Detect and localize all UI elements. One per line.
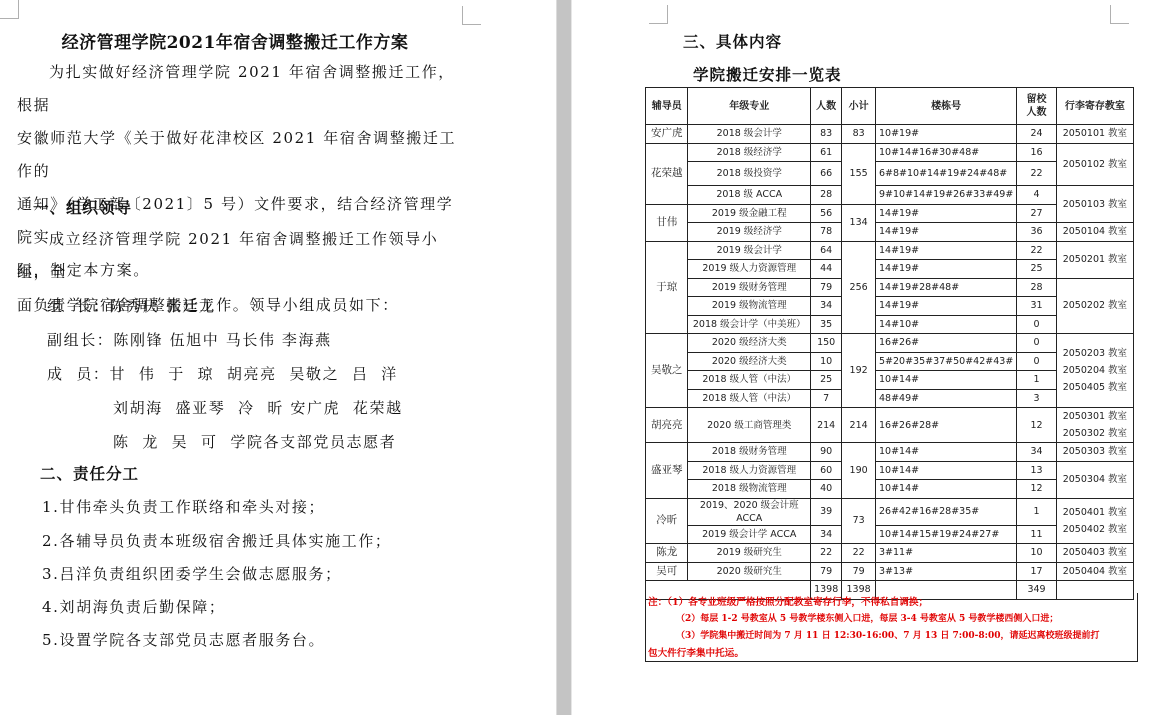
table-row: 2019 级财务管理 79 14#19#28#48# 28 2050202 教室 <box>646 278 1134 297</box>
page-corner-marker <box>462 6 481 25</box>
storage-cell: 2050102 教室 <box>1056 143 1133 186</box>
header-storage: 行李寄存教室 <box>1056 88 1133 125</box>
major-cell: 2019 级物流管理 <box>688 297 811 316</box>
counselor-cell: 甘伟 <box>646 204 688 241</box>
count-cell: 44 <box>811 260 842 279</box>
count-cell: 35 <box>811 315 842 334</box>
stay-cell: 0 <box>1017 334 1057 353</box>
buildings-cell: 14#19# <box>875 241 1016 260</box>
count-cell: 56 <box>811 204 842 223</box>
stay-cell: 1 <box>1017 371 1057 390</box>
page-corner-marker <box>0 0 19 19</box>
major-cell: 2018 级会计学 <box>688 125 811 144</box>
table-header-row: 辅导员 年级专业 人数 小计 楼栋号 留校人数 行李寄存教室 <box>646 88 1134 125</box>
table-row: 2019 级经济学 78 14#19# 36 2050104 教室 <box>646 223 1134 242</box>
buildings-cell: 14#19#28#48# <box>875 278 1016 297</box>
buildings-cell: 48#49# <box>875 389 1016 408</box>
counselor-cell: 吴敬之 <box>646 334 688 408</box>
storage-cell: 2050104 教室 <box>1056 223 1133 242</box>
table-row: 2018 级 ACCA 28 9#10#14#19#26#33#49# 4 20… <box>646 186 1134 205</box>
major-cell: 2019 级人力资源管理 <box>688 260 811 279</box>
leader-label: 组 长： <box>47 297 110 315</box>
buildings-cell: 6#8#10#14#19#24#48# <box>875 162 1016 186</box>
major-cell: 2020 级研究生 <box>688 562 811 581</box>
stay-cell: 31 <box>1017 297 1057 316</box>
buildings-cell: 14#19# <box>875 204 1016 223</box>
major-cell: 2018 级经济学 <box>688 143 811 162</box>
table-row: 吴敬之 2020 级经济大类 150 192 16#26# 0 2050203 … <box>646 334 1134 353</box>
count-cell: 25 <box>811 371 842 390</box>
buildings-cell: 10#14# <box>875 443 1016 462</box>
table-row: 花荣越 2018 级经济学 61 155 10#14#16#30#48# 16 … <box>646 143 1134 162</box>
storage-cell: 2050201 教室 <box>1056 241 1133 278</box>
note-3: （3）学院集中搬迁时间为 7 月 11 日 12:30-16:00、7 月 13… <box>648 628 1135 645</box>
subtotal-cell: 256 <box>842 241 876 334</box>
buildings-cell: 3#13# <box>875 562 1016 581</box>
table-notes: 注：（1）各专业班级严格按照分配教室寄存行李，不得私自调换； （2）每层 1-2… <box>645 593 1138 662</box>
table-row: 冷昕 2019、2020 级会计班 ACCA 39 73 26#42#16#28… <box>646 498 1134 525</box>
header-buildings: 楼栋号 <box>875 88 1016 125</box>
stay-cell: 12 <box>1017 480 1057 499</box>
member-names: 甘 伟 于 琼 胡亮亮 吴敬之 吕 洋 <box>110 365 398 383</box>
count-cell: 66 <box>811 162 842 186</box>
counselor-cell: 于琼 <box>646 241 688 334</box>
counselor-cell: 胡亮亮 <box>646 408 688 443</box>
counselor-cell: 吴可 <box>646 562 688 581</box>
page-corner-marker <box>649 5 668 24</box>
count-cell: 61 <box>811 143 842 162</box>
storage-cell: 2050101 教室 <box>1056 125 1133 144</box>
note-4: 包大件行李集中托运。 <box>648 645 1135 662</box>
note-2: （2）每层 1-2 号教室从 5 号教学楼东侧入口进，每层 3-4 号教室从 5… <box>648 611 1135 628</box>
stay-cell: 22 <box>1017 162 1057 186</box>
intro-line: 安徽师范大学《关于做好花津校区 2021 年宿舍调整搬迁工作的 <box>17 122 462 188</box>
count-cell: 60 <box>811 461 842 480</box>
table-row: 于琼 2019 级会计学 64 256 14#19# 22 2050201 教室 <box>646 241 1134 260</box>
header-stay: 留校人数 <box>1017 88 1057 125</box>
storage-cell: 2050301 教室 2050302 教室 <box>1056 408 1133 443</box>
major-cell: 2019 级会计学 ACCA <box>688 525 811 544</box>
page-corner-marker <box>1110 5 1129 24</box>
stay-cell: 25 <box>1017 260 1057 279</box>
count-cell: 64 <box>811 241 842 260</box>
members-line: 陈 龙 吴 可 学院各支部党员志愿者 <box>113 431 396 452</box>
page-gap <box>556 0 572 715</box>
buildings-cell: 9#10#14#19#26#33#49# <box>875 186 1016 205</box>
responsibility-item: 3.吕洋负责组织团委学生会做志愿服务； <box>42 563 342 584</box>
storage-cell: 2050404 教室 <box>1056 562 1133 581</box>
buildings-cell: 10#14# <box>875 461 1016 480</box>
stay-cell: 10 <box>1017 544 1057 563</box>
stay-cell: 4 <box>1017 186 1057 205</box>
buildings-cell: 14#19# <box>875 223 1016 242</box>
subtotal-cell: 155 <box>842 143 876 204</box>
major-cell: 2018 级会计学（中美班） <box>688 315 811 334</box>
deputy-label: 副组长： <box>47 331 113 349</box>
subtotal-cell: 73 <box>842 498 876 544</box>
major-cell: 2018 级人管（中法） <box>688 371 811 390</box>
count-cell: 39 <box>811 498 842 525</box>
relocation-table: 辅导员 年级专业 人数 小计 楼栋号 留校人数 行李寄存教室 安广虎 2018 … <box>645 87 1134 600</box>
buildings-cell: 10#14# <box>875 480 1016 499</box>
header-subtotal: 小计 <box>842 88 876 125</box>
buildings-cell: 10#14#16#30#48# <box>875 143 1016 162</box>
stay-cell: 1 <box>1017 498 1057 525</box>
note-1: 注：（1）各专业班级严格按照分配教室寄存行李，不得私自调换； <box>648 594 1135 611</box>
section-heading-details: 三、具体内容 <box>683 30 782 52</box>
subtotal-cell: 192 <box>842 334 876 408</box>
intro-line: 为扎实做好经济管理学院 2021 年宿舍调整搬迁工作，根据 <box>17 63 455 114</box>
deputy-names: 陈刚锋 伍旭中 马长伟 李海燕 <box>113 331 331 349</box>
stay-cell: 13 <box>1017 461 1057 480</box>
leader-names: 陈秀庆 张廷龙 <box>110 297 216 315</box>
major-cell: 2019 级会计学 <box>688 241 811 260</box>
stay-cell: 0 <box>1017 315 1057 334</box>
counselor-cell: 安广虎 <box>646 125 688 144</box>
table-title: 学院搬迁安排一览表 <box>693 63 842 85</box>
stay-cell: 17 <box>1017 562 1057 581</box>
stay-cell: 11 <box>1017 525 1057 544</box>
counselor-cell: 盛亚琴 <box>646 443 688 499</box>
counselor-cell: 花荣越 <box>646 143 688 204</box>
org-line: 成立经济管理学院 2021 年宿舍调整搬迁工作领导小组，全 <box>17 230 438 281</box>
major-cell: 2018 级人力资源管理 <box>688 461 811 480</box>
major-cell: 2018 级财务管理 <box>688 443 811 462</box>
major-cell: 2018 级物流管理 <box>688 480 811 499</box>
buildings-cell: 14#10# <box>875 315 1016 334</box>
table-row: 盛亚琴 2018 级财务管理 90 190 10#14# 34 2050303 … <box>646 443 1134 462</box>
subtotal-cell: 22 <box>842 544 876 563</box>
count-cell: 10 <box>811 352 842 371</box>
stay-cell: 3 <box>1017 389 1057 408</box>
subtotal-cell: 83 <box>842 125 876 144</box>
members-label: 成 员： <box>47 365 110 383</box>
buildings-cell: 10#19# <box>875 125 1016 144</box>
count-cell: 40 <box>811 480 842 499</box>
major-cell: 2019、2020 级会计班 ACCA <box>688 498 811 525</box>
major-cell: 2019 级经济学 <box>688 223 811 242</box>
buildings-cell: 16#26# <box>875 334 1016 353</box>
buildings-cell: 14#19# <box>875 297 1016 316</box>
count-cell: 34 <box>811 525 842 544</box>
stay-cell: 28 <box>1017 278 1057 297</box>
subtotal-cell: 190 <box>842 443 876 499</box>
storage-cell: 2050304 教室 <box>1056 461 1133 498</box>
count-cell: 7 <box>811 389 842 408</box>
document-page-left: 经济管理学院2021年宿舍调整搬迁工作方案 为扎实做好经济管理学院 2021 年… <box>0 0 556 715</box>
count-cell: 78 <box>811 223 842 242</box>
document-title: 经济管理学院2021年宿舍调整搬迁工作方案 <box>0 28 470 53</box>
major-cell: 2019 级研究生 <box>688 544 811 563</box>
stay-cell: 34 <box>1017 443 1057 462</box>
major-cell: 2020 级经济大类 <box>688 352 811 371</box>
count-cell: 34 <box>811 297 842 316</box>
stay-cell: 16 <box>1017 143 1057 162</box>
count-cell: 90 <box>811 443 842 462</box>
deputies-line: 副组长：陈刚锋 伍旭中 马长伟 李海燕 <box>47 329 332 350</box>
stay-cell: 36 <box>1017 223 1057 242</box>
count-cell: 28 <box>811 186 842 205</box>
buildings-cell: 16#26#28# <box>875 408 1016 443</box>
stay-cell: 12 <box>1017 408 1057 443</box>
storage-cell: 2050203 教室 2050204 教室 2050405 教室 <box>1056 334 1133 408</box>
buildings-cell: 14#19# <box>875 260 1016 279</box>
stay-cell: 0 <box>1017 352 1057 371</box>
members-line: 成 员：甘 伟 于 琼 胡亮亮 吴敬之 吕 洋 <box>47 363 398 384</box>
major-cell: 2019 级金融工程 <box>688 204 811 223</box>
header-counselor: 辅导员 <box>646 88 688 125</box>
major-cell: 2019 级财务管理 <box>688 278 811 297</box>
major-cell: 2020 级工商管理类 <box>688 408 811 443</box>
count-cell: 83 <box>811 125 842 144</box>
storage-cell: 2050403 教室 <box>1056 544 1133 563</box>
responsibility-item: 2.各辅导员负责本班级宿舍搬迁具体实施工作； <box>42 530 392 551</box>
buildings-cell: 10#14# <box>875 371 1016 390</box>
table-row: 2018 级人力资源管理 60 10#14# 13 2050304 教室 <box>646 461 1134 480</box>
section-heading-organization: 一、组织领导 <box>33 196 132 218</box>
table-row: 胡亮亮 2020 级工商管理类 214 214 16#26#28# 12 205… <box>646 408 1134 443</box>
header-count: 人数 <box>811 88 842 125</box>
major-cell: 2020 级经济大类 <box>688 334 811 353</box>
count-cell: 150 <box>811 334 842 353</box>
count-cell: 79 <box>811 278 842 297</box>
stay-cell: 22 <box>1017 241 1057 260</box>
storage-cell: 2050303 教室 <box>1056 443 1133 462</box>
major-cell: 2018 级 ACCA <box>688 186 811 205</box>
buildings-cell: 10#14#15#19#24#27# <box>875 525 1016 544</box>
stay-cell: 27 <box>1017 204 1057 223</box>
subtotal-cell: 79 <box>842 562 876 581</box>
count-cell: 214 <box>811 408 842 443</box>
leaders-line: 组 长：陈秀庆 张廷龙 <box>47 295 216 316</box>
members-line: 刘胡海 盛亚琴 冷 昕 安广虎 花荣越 <box>113 397 403 418</box>
table-row: 陈龙 2019 级研究生 22 22 3#11# 10 2050403 教室 <box>646 544 1134 563</box>
buildings-cell: 5#20#35#37#50#42#43# <box>875 352 1016 371</box>
responsibility-item: 5.设置学院各支部党员志愿者服务台。 <box>42 629 325 650</box>
storage-cell: 2050103 教室 <box>1056 186 1133 223</box>
stay-cell: 24 <box>1017 125 1057 144</box>
major-cell: 2018 级人管（中法） <box>688 389 811 408</box>
count-cell: 79 <box>811 562 842 581</box>
responsibility-item: 4.刘胡海负责后勤保障； <box>42 596 226 617</box>
storage-cell: 2050202 教室 <box>1056 278 1133 334</box>
major-cell: 2018 级投资学 <box>688 162 811 186</box>
storage-cell: 2050401 教室 2050402 教室 <box>1056 498 1133 544</box>
responsibility-item: 1.甘伟牵头负责工作联络和牵头对接； <box>42 496 325 517</box>
section-heading-responsibilities: 二、责任分工 <box>40 462 139 484</box>
counselor-cell: 冷昕 <box>646 498 688 544</box>
subtotal-cell: 134 <box>842 204 876 241</box>
buildings-cell: 3#11# <box>875 544 1016 563</box>
header-major: 年级专业 <box>688 88 811 125</box>
subtotal-cell: 214 <box>842 408 876 443</box>
table-row: 安广虎 2018 级会计学 83 83 10#19# 24 2050101 教室 <box>646 125 1134 144</box>
buildings-cell: 26#42#16#28#35# <box>875 498 1016 525</box>
counselor-cell: 陈龙 <box>646 544 688 563</box>
count-cell: 22 <box>811 544 842 563</box>
table-row: 吴可 2020 级研究生 79 79 3#13# 17 2050404 教室 <box>646 562 1134 581</box>
